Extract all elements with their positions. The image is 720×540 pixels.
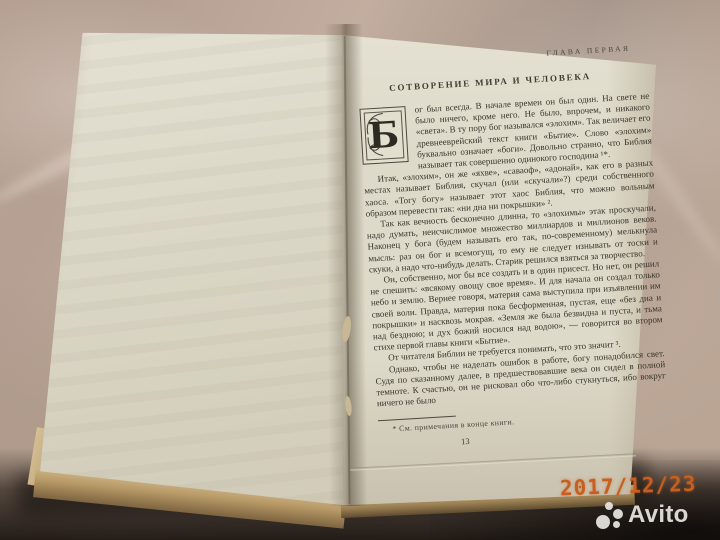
avito-watermark: Avito [596, 501, 689, 529]
avito-watermark-text: Avito [628, 501, 689, 529]
avito-logo-dot [613, 521, 620, 528]
open-book: ГЛАВА ПЕРВАЯ СОТВОРЕНИЕ МИРА И ЧЕЛОВЕКА … [25, 13, 675, 520]
avito-logo-dot [613, 509, 623, 519]
page-title: СОТВОРЕНИЕ МИРА И ЧЕЛОВЕКА [358, 68, 648, 95]
avito-logo-icon [596, 502, 623, 529]
body-text: Б ог был всегда. В начале времен он был … [359, 91, 666, 410]
camera-date-stamp: 2017/12/23 [560, 472, 697, 501]
drop-cap-letter: Б [367, 112, 400, 160]
page-text-block: ГЛАВА ПЕРВАЯ СОТВОРЕНИЕ МИРА И ЧЕЛОВЕКА … [356, 29, 670, 452]
avito-logo-dot [605, 502, 613, 510]
drop-cap-frame: Б [359, 106, 408, 165]
photo-background: ГЛАВА ПЕРВАЯ СОТВОРЕНИЕ МИРА И ЧЕЛОВЕКА … [0, 0, 720, 540]
avito-logo-dot [596, 515, 610, 529]
chapter-header: ГЛАВА ПЕРВАЯ [357, 43, 647, 69]
paragraph-text: ог был всегда. В начале времен он был од… [414, 91, 652, 171]
